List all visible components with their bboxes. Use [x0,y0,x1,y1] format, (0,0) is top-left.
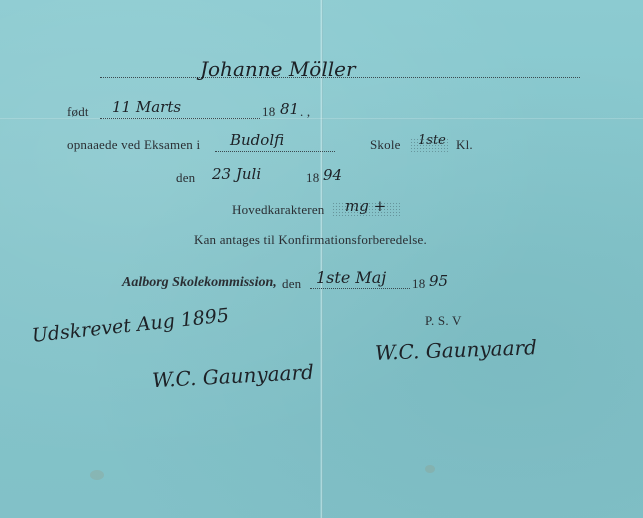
grade-label: Hovedkarakteren [232,202,325,218]
issued-date: 1ste Maj [316,268,386,287]
school-label: Skole [370,137,401,153]
grade-value: mg + [345,197,386,215]
issued-year: 95 [429,272,448,290]
born-suffix: . , [300,104,310,120]
exam-date-label: den [176,170,195,186]
issued-year-prefix: 18 [412,276,425,292]
exam-school: Budolfi [230,131,284,149]
paper-stain [90,470,104,480]
horizontal-fold-crease [0,118,643,120]
exam-school-line [215,151,335,152]
born-year-prefix: 18 [262,104,275,120]
exam-label: opnaaede ved Eksamen i [67,137,200,153]
born-date: 11 Marts [112,98,181,116]
issuer-label: Aalborg Skolekommission, [122,275,277,291]
student-name: Johanne Möller [200,57,356,81]
exam-date: 23 Juli [212,165,261,183]
born-label: født [67,104,89,120]
issued-date-line [310,288,410,289]
born-year: 81 [280,100,299,118]
paper-stain [425,465,435,473]
exam-year: 94 [323,166,342,184]
confirmation-statement: Kan antages til Konfirmationsforberedels… [194,232,427,248]
issued-den-label: den [282,276,301,292]
psv-label: P. S. V [425,313,462,329]
exam-year-prefix: 18 [306,170,319,186]
exam-class: 1ste [418,133,446,148]
born-date-line [100,118,260,119]
class-label: Kl. [456,137,473,153]
